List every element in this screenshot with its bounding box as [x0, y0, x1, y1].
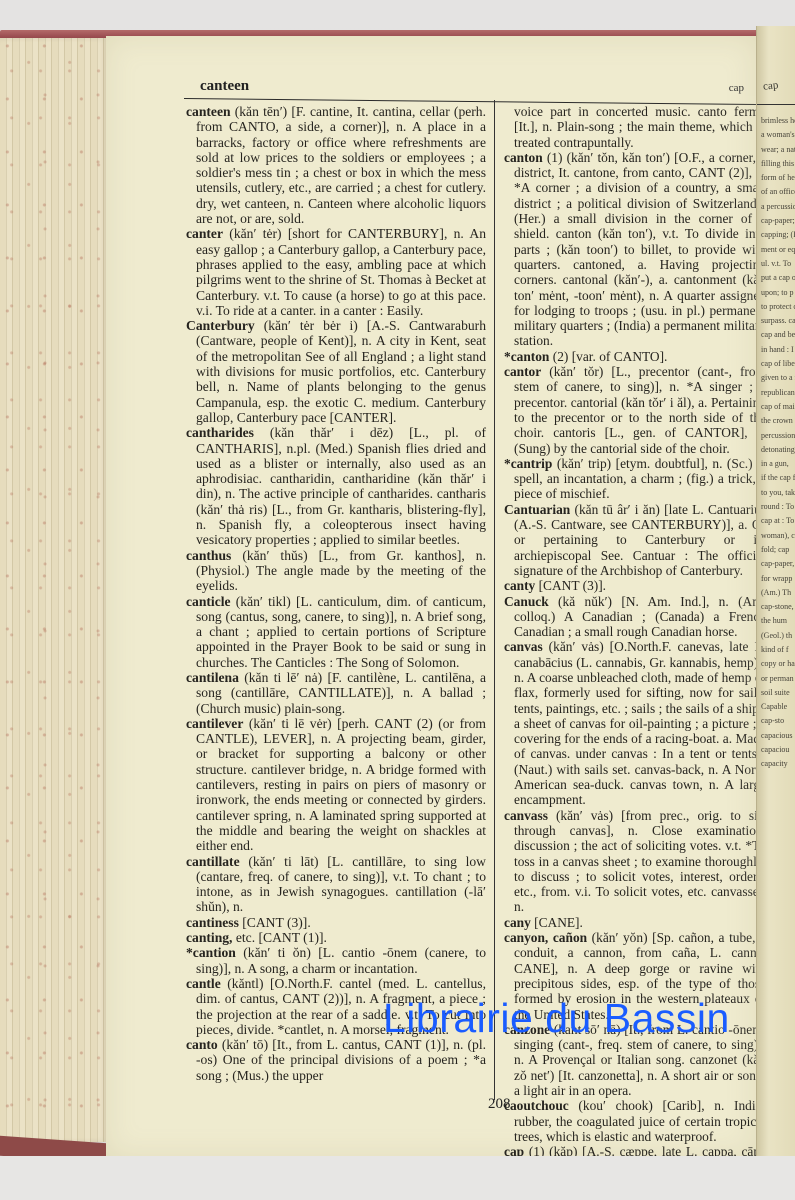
facing-page-line: capaciou — [761, 743, 795, 757]
facing-page-line: Capable — [761, 700, 795, 714]
facing-page-line: cap-stone, — [761, 600, 795, 614]
facing-page-line: capacity — [761, 757, 795, 771]
dictionary-page: canteen cap canteen (kăn tēn′) [F. canti… — [106, 36, 756, 1158]
entry-definition: (kăn′ thŭs) [L., from Gr. kanthos], n. (… — [196, 548, 486, 594]
facing-page-line: ul. v.t. To — [761, 257, 795, 271]
entry-definition: (kăn′ tikl) [L. canticulum, dim. of cant… — [196, 594, 486, 670]
facing-header-rule — [757, 104, 795, 105]
facing-page-line: of an office — [761, 185, 795, 199]
dictionary-entry: cantilever (kăn′ ti lē vėr) [perh. CANT … — [186, 716, 486, 854]
entry-definition: [CANT (3)]. — [535, 578, 606, 593]
facing-page-line: cap-paper; — [761, 214, 795, 228]
facing-page-line: percussion — [761, 429, 795, 443]
entry-headword: canty — [504, 578, 535, 593]
book-page-block-edge — [0, 38, 108, 1142]
facing-page-line: put a cap on — [761, 271, 795, 285]
entry-definition: (kăn′ vȧs) [O.North.F. canevas, late L. … — [514, 639, 766, 807]
entry-headword: canto — [186, 1037, 218, 1052]
entry-headword: canvas — [504, 639, 543, 654]
facing-page-line: soil suite — [761, 686, 795, 700]
facing-page-line: surpass. ca — [761, 314, 795, 328]
facing-page-line: cap-paper, — [761, 557, 795, 571]
entry-definition: (kăn ti lē′ nȧ) [F. cantilène, L. cantil… — [196, 670, 486, 716]
entry-headword: cantle — [186, 976, 221, 991]
dictionary-entry: canter (kăn′ tėr) [short for CANTERBURY]… — [186, 226, 486, 318]
facing-page-line: capacious — [761, 729, 795, 743]
facing-page-line: upon; to p — [761, 286, 795, 300]
facing-page-line: capping; (I — [761, 228, 795, 242]
entry-headword: cantor — [504, 364, 541, 379]
facing-page-line: in a gun, — [761, 457, 795, 471]
entry-definition: (kăn′ vȧs) [from prec., orig. to sift th… — [514, 808, 766, 915]
facing-page-line: cap of mai — [761, 400, 795, 414]
left-column: canteen (kăn tēn′) [F. cantine, It. cant… — [186, 104, 486, 1083]
entry-headword: canton — [504, 150, 543, 165]
entry-definition: [CANE]. — [531, 915, 583, 930]
entry-headword: Cantuarian — [504, 502, 570, 517]
dictionary-entry: canvass (kăn′ vȧs) [from prec., orig. to… — [504, 808, 766, 915]
dictionary-entry: cantharides (kăn thăr′ i dēz) [L., pl. o… — [186, 425, 486, 547]
dictionary-entry: *canton (2) [var. of CANTO]. — [504, 349, 766, 364]
facing-page-line: brimless hea — [761, 114, 795, 128]
entry-definition: [CANT (3)]. — [239, 915, 311, 930]
facing-page-line: the crown — [761, 414, 795, 428]
facing-page-line: round : To — [761, 500, 795, 514]
dictionary-entry: cantor (kăn′ tŏr) [L., precentor (cant-,… — [504, 364, 766, 456]
dictionary-entry: canvas (kăn′ vȧs) [O.North.F. canevas, l… — [504, 639, 766, 807]
facing-page-line: if the cap fi — [761, 471, 795, 485]
facing-page-line: for wrapp — [761, 572, 795, 586]
dictionary-entry: canty [CANT (3)]. — [504, 578, 766, 593]
entry-headword: caoutchouc — [504, 1098, 569, 1113]
facing-page-fragment: cap brimless heaa woman'swear; a natfill… — [756, 26, 795, 1156]
running-head-right: cap — [729, 82, 744, 94]
dictionary-entry: canton (1) (kăn′ tŏn, kăn ton′) [O.F., a… — [504, 150, 766, 349]
entry-definition: (kăn tēn′) [F. cantine, It. cantina, cel… — [196, 104, 486, 226]
facing-page-line: given to a m — [761, 371, 795, 385]
entry-headword: Canterbury — [186, 318, 255, 333]
facing-page-line: (Geol.) th — [761, 629, 795, 643]
page-number: 208 — [488, 1096, 511, 1113]
dictionary-entry: Canuck (kă nŭk′) [N. Am. Ind.], n. (Am. … — [504, 594, 766, 640]
entry-headword: canvass — [504, 808, 548, 823]
column-divider — [494, 100, 495, 1100]
facing-page-line: cap of liber — [761, 357, 795, 371]
running-head-left: canteen — [200, 78, 249, 95]
entry-headword: canter — [186, 226, 223, 241]
entry-definition: (kăn′ tėr bėr i) [A.-S. Cantwaraburh (Ca… — [196, 318, 486, 425]
table-surface — [0, 1156, 795, 1200]
facing-page-line: fold; cap — [761, 543, 795, 557]
entry-headword: *canton — [504, 349, 549, 364]
facing-page-line: a percussion — [761, 200, 795, 214]
dictionary-entry: canthus (kăn′ thŭs) [L., from Gr. kantho… — [186, 548, 486, 594]
facing-page-line: ment or eq — [761, 243, 795, 257]
facing-page-line: copy or ha — [761, 657, 795, 671]
entry-headword: canthus — [186, 548, 231, 563]
dictionary-entry: canto (kăn′ tō) [It., from L. cantus, CA… — [186, 1037, 486, 1083]
entry-definition: etc. [CANT (1)]. — [232, 930, 327, 945]
watermark: Librairie du Bassin — [383, 995, 730, 1042]
dictionary-entry: *cantrip (kăn′ trip) [etym. doubtful], n… — [504, 456, 766, 502]
facing-page-line: woman), c — [761, 529, 795, 543]
entry-definition: (kăn thăr′ i dēz) [L., pl. of CANTHARIS]… — [196, 425, 486, 547]
dictionary-entry: voice part in concerted music. canto fer… — [504, 104, 766, 150]
dictionary-entry: cantillate (kăn′ ti lāt) [L. cantillāre,… — [186, 854, 486, 915]
facing-page-line: a woman's — [761, 128, 795, 142]
dictionary-entry: canticle (kăn′ tikl) [L. canticulum, dim… — [186, 594, 486, 670]
entry-definition: (kăn′ ti ŏn) [L. cantio -ōnem (canere, t… — [196, 945, 486, 975]
entry-headword: cantilever — [186, 716, 243, 731]
facing-page-line: cap at : To — [761, 514, 795, 528]
facing-page-text: brimless heaa woman'swear; a natfilling … — [761, 114, 795, 772]
dictionary-entry: cantiness [CANT (3)]. — [186, 915, 486, 930]
dictionary-entry: cantilena (kăn ti lē′ nȧ) [F. cantilène,… — [186, 670, 486, 716]
dictionary-entry: canteen (kăn tēn′) [F. cantine, It. cant… — [186, 104, 486, 226]
entry-definition: (kăn′ tėr) [short for CANTERBURY], n. An… — [196, 226, 486, 317]
entry-definition: (kăn′ tō) [It., from L. cantus, CANT (1)… — [196, 1037, 486, 1083]
facing-page-line: form of hea — [761, 171, 795, 185]
entry-headword: cany — [504, 915, 531, 930]
entry-headword: Canuck — [504, 594, 549, 609]
entry-definition: (kăn′ ti lē vėr) [perh. CANT (2) (or fro… — [196, 716, 486, 853]
entry-headword: cantiness — [186, 915, 239, 930]
facing-page-line: in hand : I — [761, 343, 795, 357]
entry-definition: voice part in concerted music. canto fer… — [514, 104, 766, 150]
facing-page-line: cap and be — [761, 328, 795, 342]
facing-page-line: cap-sto — [761, 714, 795, 728]
entry-headword: canticle — [186, 594, 231, 609]
facing-page-line: to protect c — [761, 300, 795, 314]
facing-page-line: or perman — [761, 672, 795, 686]
facing-page-line: to you, tak — [761, 486, 795, 500]
entry-headword: canting, — [186, 930, 232, 945]
entry-definition: (kăn′ trip) [etym. doubtful], n. (Sc.) A… — [514, 456, 766, 502]
facing-page-line: kind of f — [761, 643, 795, 657]
facing-page-line: wear; a nat — [761, 143, 795, 157]
entry-definition: (kăn′ ti lāt) [L. cantillāre, to sing lo… — [196, 854, 486, 915]
dictionary-entry: Cantuarian (kăn tū âr′ i ăn) [late L. Ca… — [504, 502, 766, 578]
entry-headword: *cantrip — [504, 456, 552, 471]
entry-definition: (kăn′ tŏr) [L., precentor (cant-, from s… — [514, 364, 766, 455]
entry-headword: *cantion — [186, 945, 236, 960]
facing-page-line: (Am.) Th — [761, 586, 795, 600]
facing-page-line: republican — [761, 386, 795, 400]
entry-headword: cantillate — [186, 854, 240, 869]
entry-definition: (kă nŭk′) [N. Am. Ind.], n. (Am. colloq.… — [514, 594, 766, 640]
dictionary-entry: *cantion (kăn′ ti ŏn) [L. cantio -ōnem (… — [186, 945, 486, 976]
dictionary-entry: caoutchouc (kou′ chook) [Carib], n. Indi… — [504, 1098, 766, 1144]
entry-definition: (2) [var. of CANTO]. — [549, 349, 667, 364]
facing-page-line: detonating — [761, 443, 795, 457]
entry-headword: cantharides — [186, 425, 254, 440]
dictionary-entry: cany [CANE]. — [504, 915, 766, 930]
entry-headword: cantilena — [186, 670, 239, 685]
entry-headword: canteen — [186, 104, 231, 119]
facing-running-head: cap — [762, 79, 778, 93]
dictionary-entry: Canterbury (kăn′ tėr bėr i) [A.-S. Cantw… — [186, 318, 486, 425]
facing-page-line: filling this i — [761, 157, 795, 171]
dictionary-entry: canting, etc. [CANT (1)]. — [186, 930, 486, 945]
entry-headword: canyon, cañon — [504, 930, 587, 945]
entry-definition: (1) (kăn′ tŏn, kăn ton′) [O.F., a corner… — [514, 150, 766, 349]
facing-page-line: the hum — [761, 614, 795, 628]
